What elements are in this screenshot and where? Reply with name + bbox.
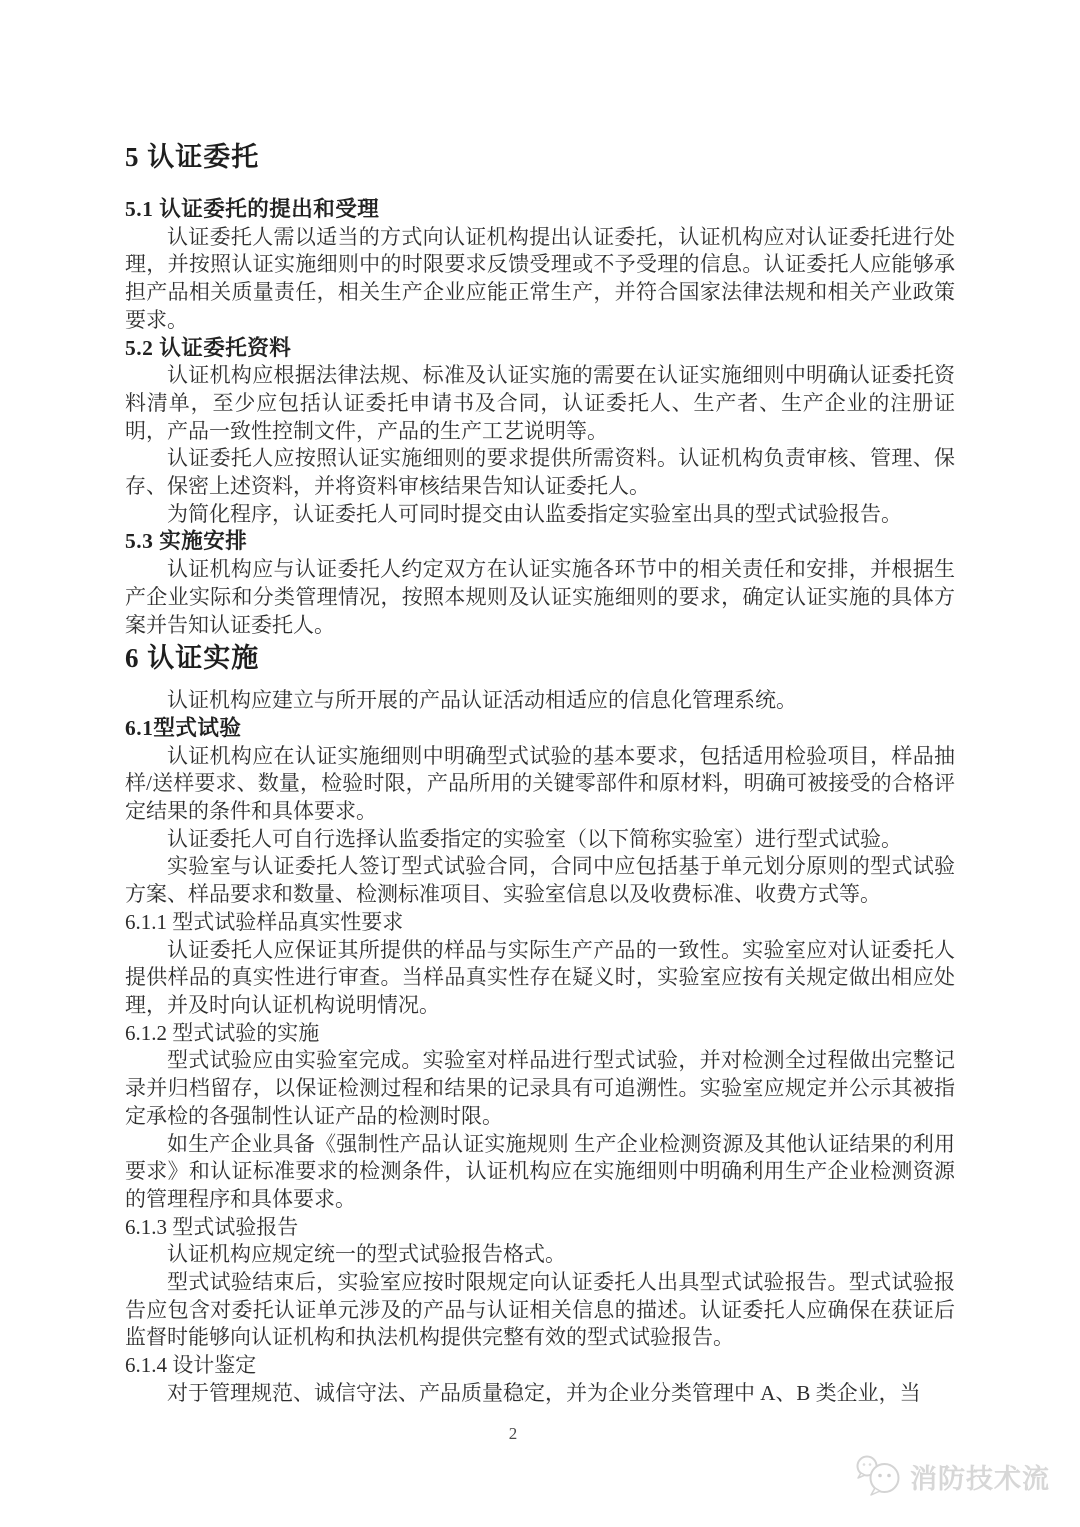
paragraph: 认证机构应规定统一的型式试验报告格式。: [125, 1241, 955, 1269]
subsection-heading: 5.2 认证委托资料: [125, 335, 955, 363]
watermark-text: 消防技术流: [910, 1457, 1050, 1496]
section-heading: 6 认证实施: [125, 641, 955, 675]
document-body: 5 认证委托5.1 认证委托的提出和受理认证委托人需以适当的方式向认证机构提出认…: [125, 140, 955, 1408]
paragraph: 实验室与认证委托人签订型式试验合同，合同中应包括基于单元划分原则的型式试验方案、…: [125, 853, 955, 908]
paragraph: 认证机构应与认证委托人约定双方在认证实施各环节中的相关责任和安排，并根据生产企业…: [125, 556, 955, 639]
subsection-heading: 5.1 认证委托的提出和受理: [125, 196, 955, 224]
page-number: 2: [498, 1424, 528, 1444]
paragraph: 对于管理规范、诚信守法、产品质量稳定，并为企业分类管理中 A、B 类企业，当: [125, 1380, 955, 1408]
paragraph: 认证机构应在认证实施细则中明确型式试验的基本要求，包括适用检验项目，样品抽样/送…: [125, 743, 955, 826]
document-page: 5 认证委托5.1 认证委托的提出和受理认证委托人需以适当的方式向认证机构提出认…: [0, 0, 1080, 1527]
paragraph: 如生产企业具备《强制性产品认证实施规则 生产企业检测资源及其他认证结果的利用要求…: [125, 1131, 955, 1214]
section-heading: 5 认证委托: [125, 140, 955, 174]
clause-heading: 6.1.2 型式试验的实施: [125, 1020, 955, 1048]
paragraph: 型式试验应由实验室完成。实验室对样品进行型式试验，并对检测全过程做出完整记录并归…: [125, 1047, 955, 1130]
subsection-heading: 5.3 实施安排: [125, 528, 955, 556]
watermark: 消防技术流: [853, 1453, 1050, 1499]
subsection-heading: 6.1型式试验: [125, 715, 955, 743]
paragraph: 认证委托人应按照认证实施细则的要求提供所需资料。认证机构负责审核、管理、保存、保…: [125, 445, 955, 500]
paragraph: 为简化程序，认证委托人可同时提交由认监委指定实验室出具的型式试验报告。: [125, 501, 955, 529]
paragraph: 认证委托人应保证其所提供的样品与实际生产产品的一致性。实验室应对认证委托人提供样…: [125, 937, 955, 1020]
clause-heading: 6.1.1 型式试验样品真实性要求: [125, 909, 955, 937]
paragraph: 认证机构应根据法律法规、标准及认证实施的需要在认证实施细则中明确认证委托资料清单…: [125, 362, 955, 445]
clause-heading: 6.1.4 设计鉴定: [125, 1352, 955, 1380]
clause-heading: 6.1.3 型式试验报告: [125, 1214, 955, 1242]
paragraph: 认证机构应建立与所开展的产品认证活动相适应的信息化管理系统。: [125, 687, 955, 715]
paragraph: 型式试验结束后，实验室应按时限规定向认证委托人出具型式试验报告。型式试验报告应包…: [125, 1269, 955, 1352]
wechat-icon: [853, 1453, 905, 1499]
paragraph: 认证委托人需以适当的方式向认证机构提出认证委托，认证机构应对认证委托进行处理，并…: [125, 224, 955, 335]
paragraph: 认证委托人可自行选择认监委指定的实验室（以下简称实验室）进行型式试验。: [125, 826, 955, 854]
